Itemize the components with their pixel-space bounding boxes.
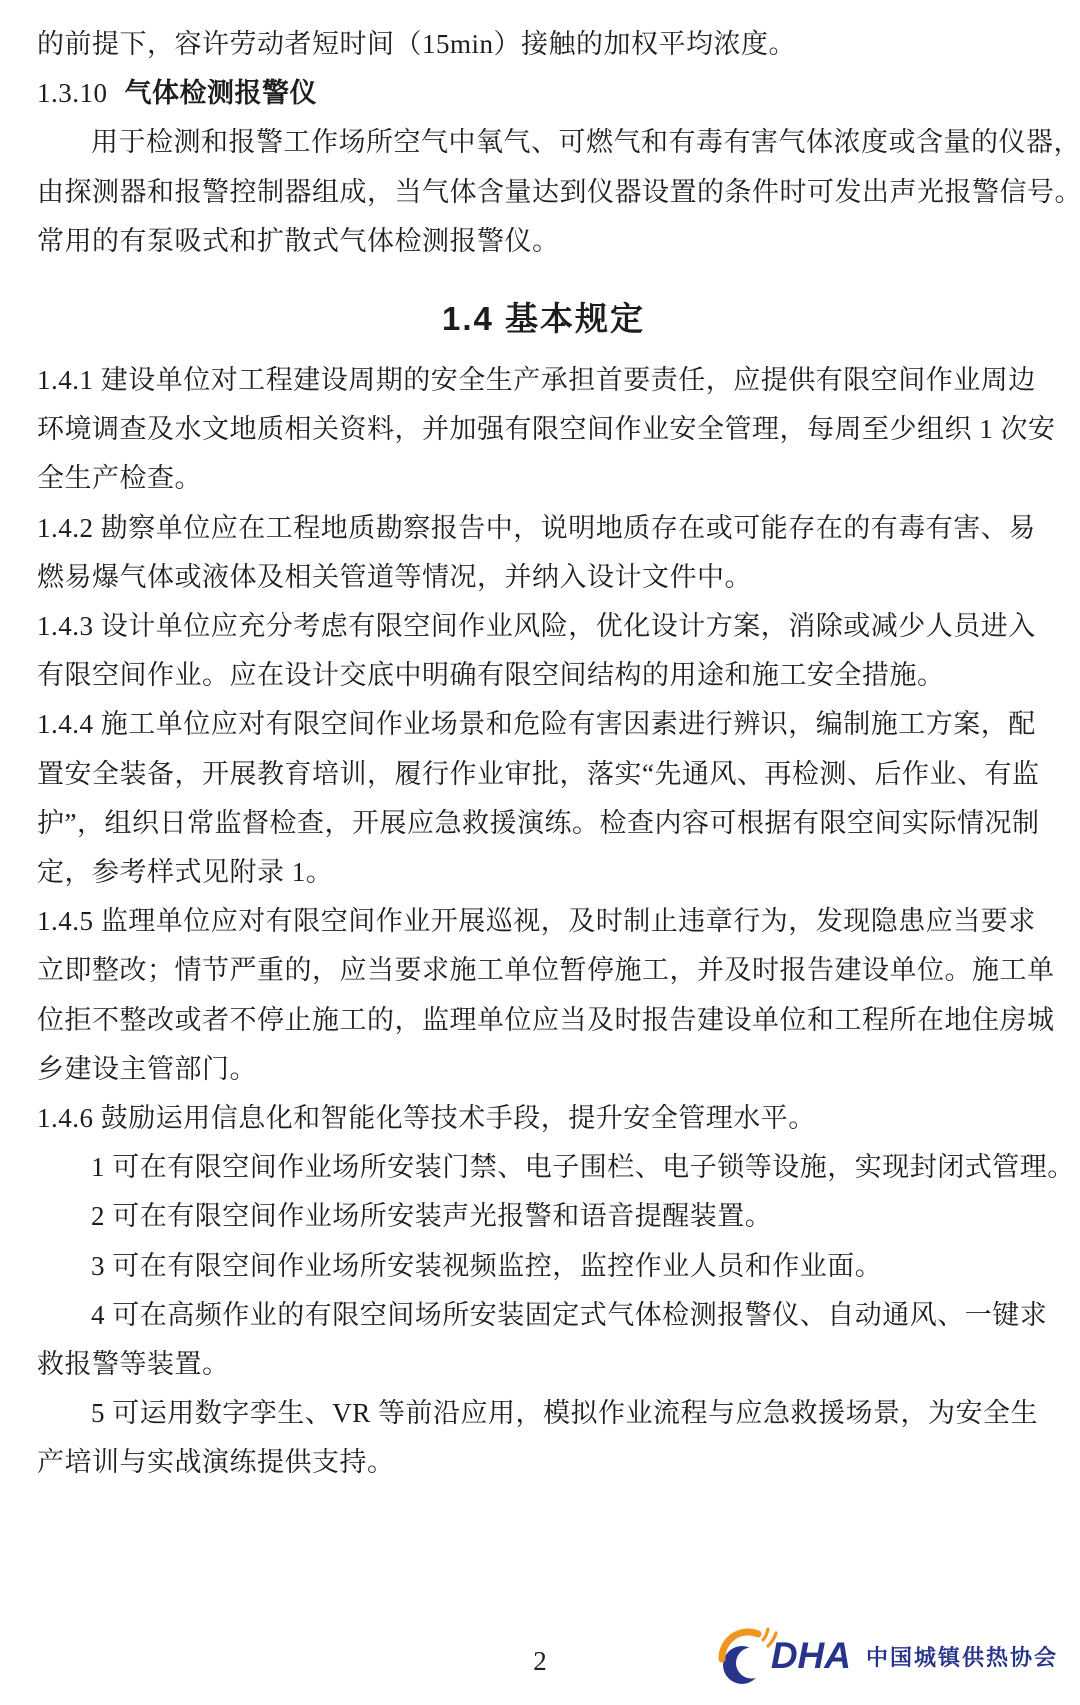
logo-acronym: DHA <box>771 1635 851 1677</box>
document-line: 定，参考样式见附录 1。 <box>37 848 1050 897</box>
document-line: 1.4.1 建设单位对工程建设周期的安全生产承担首要责任，应提供有限空间作业周边 <box>37 356 1050 405</box>
document-line: 1.4.2 勘察单位应在工程地质勘察报告中，说明地质存在或可能存在的有毒有害、易 <box>37 504 1050 553</box>
clause-number: 1.3.10 <box>37 78 108 108</box>
document-line: 3 可在有限空间作业场所安装视频监控，监控作业人员和作业面。 <box>37 1242 1050 1291</box>
document-line: 5 可运用数字孪生、VR 等前沿应用，模拟作业流程与应急救援场景，为安全生 <box>37 1389 1050 1438</box>
document-line: 护”，组织日常监督检查，开展应急救援演练。检查内容可根据有限空间实际情况制 <box>37 799 1050 848</box>
document-lines: 的前提下，容许劳动者短时间（15min）接触的加权平均浓度。1.3.10气体检测… <box>37 20 1050 1488</box>
page: 的前提下，容许劳动者短时间（15min）接触的加权平均浓度。1.3.10气体检测… <box>0 0 1080 1705</box>
section-heading: 1.4 基本规定 <box>37 288 1050 350</box>
document-line: 1.4.4 施工单位应对有限空间作业场景和危险有害因素进行辨识，编制施工方案，配 <box>37 700 1050 749</box>
document-line: 1.4.3 设计单位应充分考虑有限空间作业风险，优化设计方案，消除或减少人员进入 <box>37 602 1050 651</box>
document-line: 位拒不整改或者不停止施工的，监理单位应当及时报告建设单位和工程所在地住房城 <box>37 996 1050 1045</box>
document-line: 用于检测和报警工作场所空气中氧气、可燃气和有毒有害气体浓度或含量的仪器， <box>37 118 1050 167</box>
document-line: 燃易爆气体或液体及相关管道等情况，并纳入设计文件中。 <box>37 553 1050 602</box>
document-line: 4 可在高频作业的有限空间场所安装固定式气体检测报警仪、自动通风、一键求 <box>37 1291 1050 1340</box>
document-line: 置安全装备，开展教育培训，履行作业审批，落实“先通风、再检测、后作业、有监 <box>37 750 1050 799</box>
clause-heading: 1.3.10气体检测报警仪 <box>37 69 1050 118</box>
document-line: 救报警等装置。 <box>37 1340 1050 1389</box>
document-line: 1.4.6 鼓励运用信息化和智能化等技术手段，提升安全管理水平。 <box>37 1094 1050 1143</box>
document-line: 的前提下，容许劳动者短时间（15min）接触的加权平均浓度。 <box>37 20 1050 69</box>
document-line: 常用的有泵吸式和扩散式气体检测报警仪。 <box>37 217 1050 266</box>
document-line: 有限空间作业。应在设计交底中明确有限空间结构的用途和施工安全措施。 <box>37 651 1050 700</box>
document-body: 的前提下，容许劳动者短时间（15min）接触的加权平均浓度。1.3.10气体检测… <box>37 20 1050 1488</box>
cdha-logo: DHA 中国城镇供热协会 <box>718 1627 1058 1685</box>
document-line: 2 可在有限空间作业场所安装声光报警和语音提醒装置。 <box>37 1192 1050 1241</box>
document-line: 1.4.5 监理单位应对有限空间作业开展巡视，及时制止违章行为，发现隐患应当要求 <box>37 897 1050 946</box>
document-line: 1 可在有限空间作业场所安装门禁、电子围栏、电子锁等设施，实现封闭式管理。 <box>37 1143 1050 1192</box>
document-line: 由探测器和报警控制器组成，当气体含量达到仪器设置的条件时可发出声光报警信号。 <box>37 168 1050 217</box>
document-line: 产培训与实战演练提供支持。 <box>37 1438 1050 1487</box>
logo-org-name: 中国城镇供热协会 <box>866 1641 1058 1672</box>
document-line: 乡建设主管部门。 <box>37 1045 1050 1094</box>
document-line: 立即整改；情节严重的，应当要求施工单位暂停施工，并及时报告建设单位。施工单 <box>37 946 1050 995</box>
clause-title: 气体检测报警仪 <box>125 78 318 108</box>
document-line: 环境调查及水文地质相关资料，并加强有限空间作业安全管理，每周至少组织 1 次安 <box>37 405 1050 454</box>
document-line: 全生产检查。 <box>37 454 1050 503</box>
